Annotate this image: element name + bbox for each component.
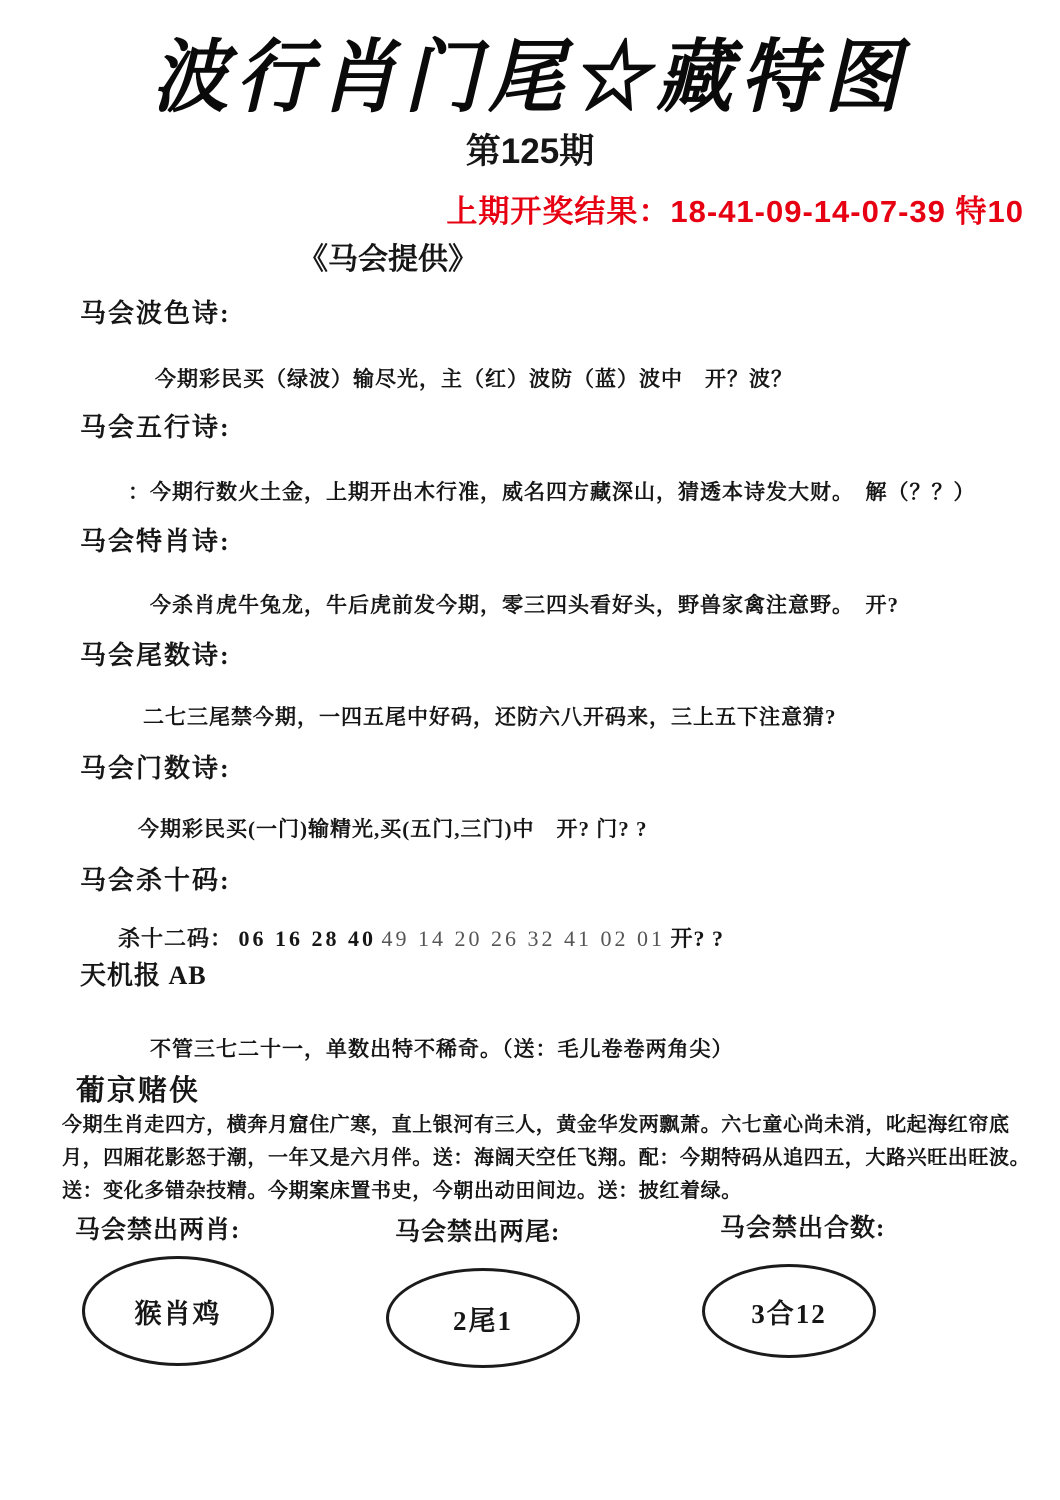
kill-codes-bold: 06 16 28 40 bbox=[239, 926, 377, 951]
section-heading-pujing: 葡京赌侠 bbox=[76, 1068, 200, 1109]
section-heading-menshu: 马会门数诗: bbox=[80, 748, 231, 785]
provider-label: 《马会提供》 bbox=[298, 234, 478, 278]
poem-line-wuxing: ：今期行数火土金，上期开出木行准，威名四方藏深山，猜透本诗发大财。 解（？？） bbox=[128, 476, 976, 506]
ban-ellipse-sum: 3合12 bbox=[702, 1264, 876, 1358]
section-heading-bose: 马会波色诗: bbox=[80, 293, 231, 330]
issue-number: 第125期 bbox=[0, 124, 1060, 174]
ban-heading-zodiac: 马会禁出两肖: bbox=[75, 1210, 240, 1246]
tipsheet-page: 波行肖门尾☆藏特图 第125期 上期开奖结果：18-41-09-14-07-39… bbox=[0, 0, 1060, 1500]
section-heading-weishu: 马会尾数诗: bbox=[80, 635, 231, 672]
poem-line-menshu: 今期彩民买(一门)输精光,买(五门,三门)中 开? 门? ? bbox=[138, 813, 647, 843]
section-heading-tianji: 天机报 AB bbox=[80, 955, 207, 992]
pujing-line-1: 今期生肖走四方，横奔月窟住广寒，直上银河有三人，黄金华发两飘萧。六七童心尚未消，… bbox=[62, 1108, 1022, 1137]
pujing-line-3: 送：变化多错杂技精。今期案床置书史，今朝出动田间边。送：披红着绿。 bbox=[62, 1174, 1022, 1203]
ban-value-zodiac: 猴肖鸡 bbox=[135, 1292, 222, 1331]
poem-line-tianji: 不管三七二十一，单数出特不稀奇。（送：毛儿卷卷两角尖） bbox=[150, 1033, 734, 1063]
kill-codes-line: 杀十二码： 06 16 28 40 49 14 20 26 32 41 02 0… bbox=[118, 922, 724, 953]
pujing-line-2: 月，四厢花影怒于潮，一年又是六月伴。送：海阔天空任飞翔。配：今期特码从追四五，大… bbox=[62, 1141, 1022, 1170]
section-heading-shashima: 马会杀十码: bbox=[80, 860, 231, 897]
poem-line-texiao: 今杀肖虎牛兔龙，牛后虎前发今期，零三四头看好头，野兽家禽注意野。 开? bbox=[150, 589, 899, 619]
ban-heading-sum: 马会禁出合数: bbox=[720, 1208, 885, 1244]
section-heading-texiao: 马会特肖诗: bbox=[80, 521, 231, 558]
page-title: 波行肖门尾☆藏特图 bbox=[0, 13, 1060, 127]
ban-heading-tail: 马会禁出两尾: bbox=[395, 1212, 560, 1248]
ban-value-sum: 3合12 bbox=[751, 1292, 827, 1331]
kill-codes-light: 49 14 20 26 32 41 02 01 bbox=[382, 926, 666, 951]
ban-ellipse-zodiac: 猴肖鸡 bbox=[82, 1256, 274, 1366]
ban-value-tail: 2尾1 bbox=[453, 1299, 513, 1338]
kill-codes-label: 杀十二码： bbox=[118, 926, 233, 951]
poem-line-bose: 今期彩民买（绿波）输尽光，主（红）波防（蓝）波中 开？波？ bbox=[155, 363, 793, 393]
last-result: 上期开奖结果：18-41-09-14-07-39 特10 bbox=[446, 186, 1024, 231]
poem-line-weishu: 二七三尾禁今期，一四五尾中好码，还防六八开码来，三上五下注意猜? bbox=[143, 701, 837, 731]
section-heading-wuxing: 马会五行诗: bbox=[80, 407, 231, 444]
ban-ellipse-tail: 2尾1 bbox=[386, 1268, 580, 1368]
kill-codes-suffix: 开? ? bbox=[671, 926, 725, 951]
